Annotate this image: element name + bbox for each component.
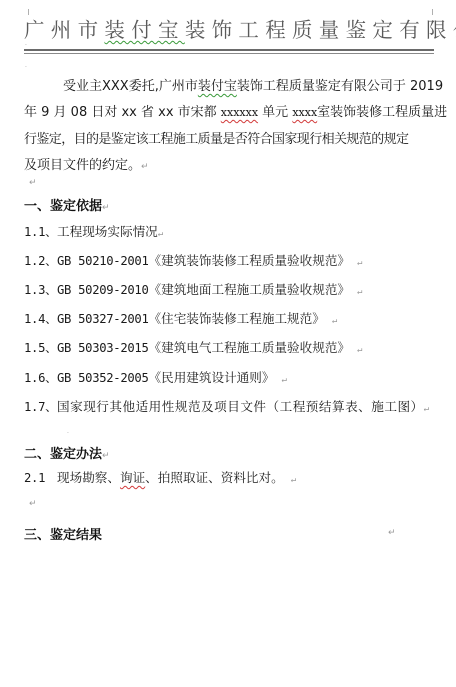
item-number: 1.2、GB 50210-2001 — [24, 254, 149, 268]
intro-text: 受业主XXX委托,广州市 — [63, 79, 198, 94]
section-2-heading: 二、鉴定办法↵ — [24, 443, 110, 462]
item-number: 1.6、GB 50352-2005 — [24, 371, 149, 385]
intro-text: 装饰工程质量鉴定有限公司于 2019 — [237, 79, 443, 94]
list-item-1-3: 1.3、GB 50209-2010《建筑地面工程施工质量验收规范》 ↵ — [24, 279, 362, 298]
list-item-1-2: 1.2、GB 50210-2001《建筑装饰装修工程质量验收规范》 ↵ — [24, 250, 362, 269]
paragraph-mark-icon: ↵ — [357, 345, 362, 355]
item-text: 工程现场实际情况 — [57, 224, 158, 239]
title-part-1: 广州市 — [24, 18, 104, 42]
heading-text: 一、鉴定依据 — [24, 199, 102, 214]
list-item-2-1: 2.1 现场勘察、询证、拍照取证、资料比对。 ↵ — [24, 467, 296, 486]
intro-text: 年 9 月 08 日对 xx 省 xx 市宋都 — [24, 105, 217, 120]
paragraph-mark-icon: ↵ — [357, 258, 362, 268]
paragraph-mark-icon: ↵ — [29, 499, 37, 509]
section-1-heading: 一、鉴定依据↵ — [24, 195, 110, 214]
paragraph-mark-icon: ↵ — [281, 375, 286, 385]
intro-line-2: 年 9 月 08 日对 xx 省 xx 市宋都 xxxxxx 单元 xxxx室装… — [24, 101, 447, 120]
item-text: 国家现行其他适用性规范及项目文件（工程预结算表、施工图） — [57, 399, 424, 414]
item-text: 《建筑地面工程施工质量验收规范》 — [149, 282, 351, 297]
list-item-1-4: 1.4、GB 50327-2001《住宅装饰装修工程施工规范》 ↵ — [24, 308, 337, 327]
intro-text: 及项目文件的约定。 — [24, 158, 141, 173]
paragraph-mark-icon: ↵ — [332, 316, 337, 326]
item-number: 1.5、GB 50303-2015 — [24, 341, 149, 355]
paragraph-mark-icon: . — [25, 62, 27, 69]
item-text: 《建筑电气工程施工质量验收规范》 — [149, 340, 351, 355]
intro-line-4: 及项目文件的约定。↵ — [24, 154, 149, 173]
title-double-rule — [24, 49, 434, 51]
section-3-heading: 三、鉴定结果 — [24, 524, 102, 543]
paragraph-mark-icon: ↵ — [357, 287, 362, 297]
item-number: 2.1 — [24, 471, 57, 485]
item-number: 1.7、 — [24, 400, 57, 414]
item-text: 《住宅装饰装修工程施工规范》 — [149, 311, 325, 326]
paragraph-mark-icon: ↵ — [102, 451, 110, 461]
document-title: 广州市装付宝装饰工程质量鉴定有限公司↵ — [24, 13, 456, 43]
intro-text: 室装饰装修工程质量进 — [317, 105, 447, 120]
spellcheck-word: 装付宝 — [198, 79, 237, 94]
spellcheck-word: xxxx — [292, 106, 317, 119]
paragraph-mark-icon: ↵ — [102, 203, 110, 213]
list-item-1-1: 1.1、工程现场实际情况↵ — [24, 221, 163, 240]
spellcheck-word: xxxxxx — [221, 106, 258, 119]
intro-text: 单元 — [262, 105, 288, 120]
spellcheck-word: 询证 — [120, 470, 145, 485]
title-spellcheck-word: 装付宝 — [104, 18, 184, 42]
item-number: 1.3、GB 50209-2010 — [24, 283, 149, 297]
paragraph-mark-icon: ↵ — [424, 404, 429, 414]
item-text: 《民用建筑设计通则》 — [149, 370, 275, 385]
intro-line-1: 受业主XXX委托,广州市装付宝装饰工程质量鉴定有限公司于 2019 — [63, 75, 443, 94]
title-double-rule-thin — [24, 53, 434, 54]
item-text: 《建筑装饰装修工程质量验收规范》 — [149, 253, 351, 268]
item-number: 1.4、GB 50327-2001 — [24, 312, 149, 326]
paragraph-mark-icon: ↵ — [158, 229, 163, 239]
paragraph-mark-icon: ↵ — [291, 475, 296, 485]
intro-line-3: 行鉴定，目的是鉴定该工程施工质量是否符合国家现行相关规范的规定 — [24, 128, 408, 147]
paragraph-mark-icon: ↵ — [388, 528, 396, 538]
item-text: 现场勘察、 — [57, 470, 120, 485]
heading-text: 二、鉴定办法 — [24, 447, 102, 462]
list-item-1-7: 1.7、国家现行其他适用性规范及项目文件（工程预结算表、施工图）↵ — [24, 396, 429, 415]
list-item-1-5: 1.5、GB 50303-2015《建筑电气工程施工质量验收规范》 ↵ — [24, 337, 362, 356]
paragraph-mark-icon: . — [25, 40, 27, 47]
title-part-2: 装饰工程质量鉴定有限公司 — [185, 18, 456, 42]
list-item-1-6: 1.6、GB 50352-2005《民用建筑设计通则》 ↵ — [24, 367, 287, 386]
item-number: 1.1、 — [24, 225, 57, 239]
paragraph-mark-icon: ↵ — [29, 178, 37, 188]
item-text: 、拍照取证、资料比对。 — [145, 470, 284, 485]
paragraph-mark-icon: ↵ — [141, 162, 149, 172]
paragraph-mark-icon: . — [67, 428, 69, 435]
